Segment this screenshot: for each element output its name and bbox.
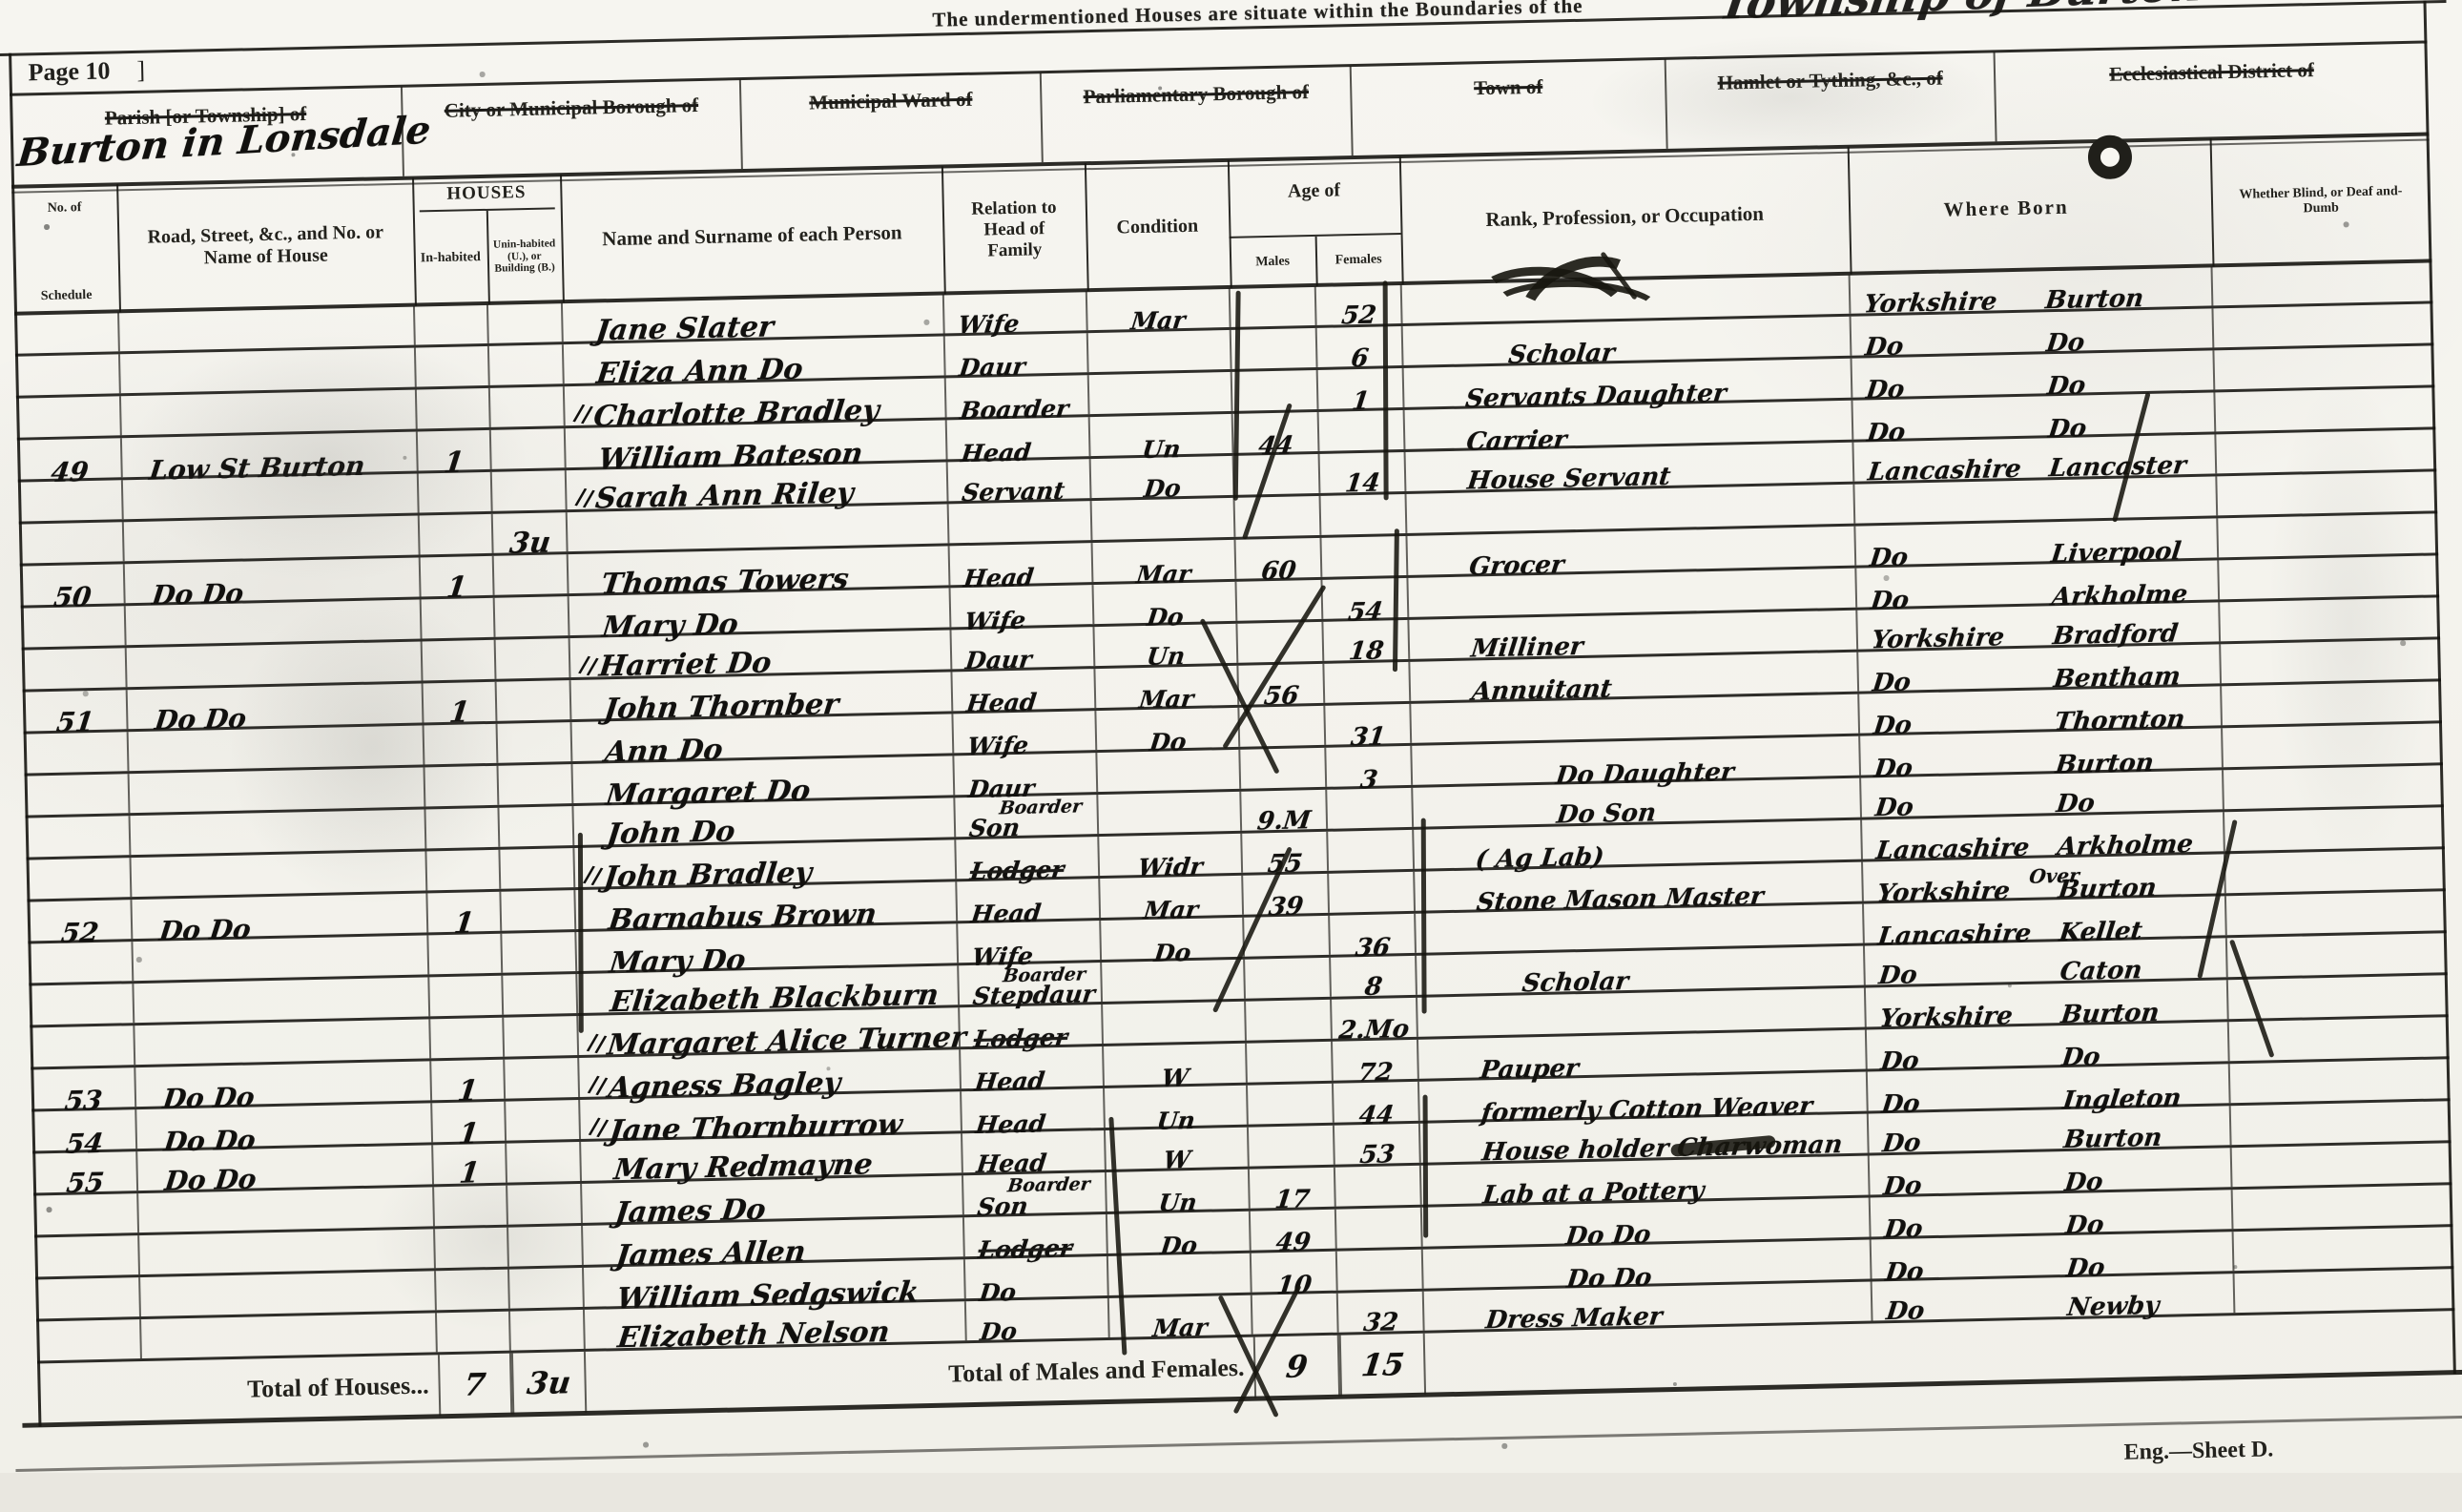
cell-rel: Wife bbox=[944, 291, 1088, 333]
cell-blind bbox=[2227, 933, 2448, 977]
cell-am bbox=[1231, 328, 1318, 369]
cell-cond bbox=[1088, 330, 1232, 372]
cell-rel: BoarderLodger bbox=[956, 837, 1100, 879]
hw-cond: W bbox=[1162, 1150, 1191, 1171]
hw-af: 53 bbox=[1358, 1144, 1396, 1167]
cell-road: Do Do bbox=[125, 557, 422, 603]
cell-af bbox=[1329, 872, 1416, 913]
hw-inh: 1 bbox=[456, 1078, 479, 1105]
cell-inh: 1 bbox=[431, 1060, 506, 1101]
hw-rel: Son bbox=[968, 817, 1022, 839]
cell-name: Jane Slater bbox=[563, 294, 945, 342]
cell-s bbox=[29, 984, 134, 1025]
hw-cond: Mar bbox=[1130, 309, 1188, 332]
cell-inh bbox=[422, 598, 496, 639]
cell-af: 1 bbox=[1318, 368, 1405, 409]
cell-am bbox=[1232, 370, 1319, 411]
hw-born-place: Caton bbox=[2059, 960, 2143, 984]
ink-stroke bbox=[1383, 280, 1389, 500]
cell-s bbox=[21, 606, 127, 647]
cell-born: DoIngleton bbox=[1868, 1064, 2231, 1110]
hw-inh: 1 bbox=[458, 1160, 481, 1187]
location-field-7: Ecclesiastical District of bbox=[1994, 42, 2430, 141]
hw-born: Yorkshire bbox=[1871, 627, 2006, 652]
hw-af: 32 bbox=[1362, 1312, 1399, 1335]
cell-uninh bbox=[489, 344, 565, 385]
cell-rel bbox=[949, 501, 1093, 543]
hw-af: 14 bbox=[1344, 472, 1381, 495]
hw-af: 18 bbox=[1348, 640, 1385, 663]
header-males: Males bbox=[1230, 238, 1316, 286]
hw-inh: 1 bbox=[453, 910, 476, 937]
cell-am bbox=[1248, 1084, 1334, 1125]
cell-blind bbox=[2219, 555, 2439, 599]
cell-inh: 1 bbox=[418, 430, 492, 471]
hw-road: Do Do bbox=[163, 1167, 258, 1192]
hw-rel: Stepdaur bbox=[972, 984, 1097, 1007]
cell-cond: W bbox=[1106, 1128, 1250, 1170]
total-houses-inhabited-cell: 7 bbox=[438, 1354, 512, 1417]
cell-name: James Allen bbox=[583, 1217, 965, 1265]
cell-s bbox=[34, 1235, 140, 1276]
cell-blind bbox=[2225, 849, 2446, 893]
cell-s bbox=[36, 1319, 142, 1360]
cell-road bbox=[121, 390, 418, 436]
hw-relation-corrected: Boarder bbox=[1002, 966, 1086, 984]
cell-s bbox=[18, 480, 124, 521]
cell-road bbox=[127, 641, 424, 687]
cell-cond bbox=[1103, 1002, 1247, 1044]
cell-am bbox=[1231, 286, 1317, 327]
cell-road bbox=[140, 1271, 437, 1316]
hw-born-place: Bradford bbox=[2052, 623, 2180, 648]
header-schedule-line1: No. of bbox=[48, 200, 82, 217]
cell-af: 72 bbox=[1333, 1040, 1419, 1081]
hw-uninh: 3u bbox=[507, 529, 551, 556]
hw-born: Do bbox=[1873, 797, 1914, 819]
header-uninhabited: Unin-habited (U.), or Building (B.) bbox=[486, 211, 563, 302]
cell-s: 54 bbox=[31, 1109, 137, 1150]
cell-born: DoDo bbox=[1872, 1232, 2235, 1278]
cell-name: Margaret Do bbox=[572, 756, 955, 803]
cell-born bbox=[1854, 476, 2218, 523]
cell-am: 49 bbox=[1251, 1210, 1337, 1251]
cell-inh bbox=[435, 1228, 509, 1269]
cell-name: ∕∕Charlotte Bradley bbox=[565, 378, 947, 425]
hw-born-place: Do bbox=[2055, 793, 2096, 816]
cell-blind bbox=[2212, 261, 2432, 305]
hw-occ: Scholar bbox=[1521, 971, 1629, 996]
cell-uninh bbox=[504, 1016, 579, 1057]
cell-road: Do Do bbox=[136, 1103, 433, 1149]
total-males: 9 bbox=[1285, 1353, 1310, 1380]
cell-inh bbox=[425, 766, 500, 807]
cell-am bbox=[1249, 1126, 1335, 1167]
cell-inh bbox=[428, 934, 503, 975]
cell-s bbox=[35, 1277, 141, 1318]
total-females: 15 bbox=[1359, 1351, 1405, 1379]
total-houses-uninhabited-cell: 3u bbox=[511, 1352, 587, 1415]
cell-name: James Do bbox=[582, 1175, 964, 1223]
cell-road bbox=[134, 977, 430, 1023]
cell-name: John Do bbox=[573, 797, 956, 845]
location-field-label: Hamlet or Tything, &c., of bbox=[1666, 65, 1994, 95]
cell-blind bbox=[2213, 303, 2433, 347]
cell-name: ∕∕Agness Bagley bbox=[579, 1049, 962, 1097]
cell-road bbox=[134, 1019, 431, 1065]
cell-born: YorkshireBurton bbox=[1866, 980, 2229, 1026]
cell-s: 53 bbox=[31, 1067, 136, 1108]
cell-uninh bbox=[498, 764, 573, 805]
cell-rel: Head bbox=[962, 1088, 1106, 1130]
cell-name bbox=[568, 504, 950, 551]
cell-road: Do Do bbox=[132, 893, 428, 939]
cell-born: DoBentham bbox=[1858, 644, 2222, 691]
cell-cond: Un bbox=[1105, 1086, 1249, 1128]
header-schedule-line2: Schedule bbox=[41, 288, 93, 304]
cell-s bbox=[28, 942, 134, 983]
cell-blind bbox=[2220, 597, 2440, 641]
cell-rel: Daur bbox=[951, 627, 1095, 669]
cell-road: Do Do bbox=[137, 1145, 434, 1191]
cell-af: 44 bbox=[1334, 1082, 1420, 1123]
cell-road bbox=[131, 809, 427, 855]
cell-uninh bbox=[503, 974, 578, 1015]
cell-cond bbox=[1089, 372, 1233, 414]
cell-af: 52 bbox=[1316, 284, 1403, 325]
cell-uninh bbox=[491, 428, 567, 469]
cell-uninh bbox=[510, 1310, 586, 1351]
rule-line bbox=[15, 1416, 2462, 1472]
cell-uninh bbox=[499, 806, 574, 847]
location-field-label: Ecclesiastical District of bbox=[1996, 55, 2428, 89]
cell-cond bbox=[1108, 1253, 1252, 1295]
cell-am bbox=[1252, 1294, 1339, 1335]
cell-name: William Sedgswick bbox=[584, 1259, 966, 1307]
cell-af bbox=[1327, 788, 1414, 829]
cell-inh bbox=[420, 514, 494, 555]
cell-blind bbox=[2231, 1101, 2452, 1145]
cell-af: 14 bbox=[1320, 452, 1407, 493]
cell-af: 3 bbox=[1326, 746, 1413, 787]
cell-rel: Head bbox=[950, 543, 1094, 585]
cell-uninh bbox=[507, 1184, 583, 1225]
bracket-mark: ] bbox=[136, 56, 145, 84]
cell-s bbox=[25, 774, 131, 815]
enumerator-tick: ∕∕ bbox=[582, 860, 604, 890]
cell-rel: BoarderLodger bbox=[960, 1005, 1104, 1046]
cell-uninh bbox=[509, 1268, 585, 1309]
hw-rel: Head bbox=[965, 692, 1038, 715]
cell-name: Barnabus Brown bbox=[575, 881, 958, 929]
cell-s bbox=[26, 816, 132, 857]
cell-s bbox=[33, 1193, 139, 1234]
hw-af: 8 bbox=[1363, 976, 1383, 999]
header-age-group: Age of bbox=[1228, 160, 1400, 221]
cell-name: Thomas Towers bbox=[569, 546, 951, 593]
hw-born: Do bbox=[1882, 1175, 1923, 1198]
cell-inh bbox=[423, 640, 497, 681]
cell-uninh bbox=[508, 1226, 584, 1267]
location-field-label: Town of bbox=[1352, 72, 1665, 103]
cell-rel: Wife bbox=[953, 711, 1097, 753]
hw-born-place: Lancaster bbox=[2048, 455, 2187, 481]
hw-occ: Do Son bbox=[1556, 802, 1658, 827]
cell-born: DoNewby bbox=[1872, 1274, 2236, 1320]
hw-rel: Son bbox=[976, 1195, 1029, 1218]
cell-blind bbox=[2232, 1143, 2452, 1187]
hw-born-place: Do bbox=[2063, 1171, 2104, 1194]
cell-name: ∕∕Sarah Ann Riley bbox=[567, 462, 949, 509]
hw-name: Harriet Do bbox=[597, 650, 772, 679]
cell-inh bbox=[426, 850, 501, 891]
cell-s: 50 bbox=[20, 564, 126, 605]
cell-road: Low St Burton bbox=[122, 432, 419, 478]
cell-uninh bbox=[494, 554, 569, 595]
hw-born: Do bbox=[1864, 336, 1905, 359]
cell-born: DoDo bbox=[1867, 1022, 2230, 1068]
hw-relation-corrected: Boarder bbox=[1006, 1176, 1090, 1194]
cell-rel: Do bbox=[966, 1298, 1110, 1340]
cell-s bbox=[19, 522, 125, 563]
cell-born: DoBurton bbox=[1860, 728, 2224, 775]
cell-s bbox=[27, 858, 133, 899]
header-name: Name and Surname of each Person bbox=[560, 170, 944, 300]
hw-s: 50 bbox=[52, 585, 93, 610]
cell-inh bbox=[417, 388, 491, 429]
cell-af: 31 bbox=[1325, 704, 1412, 745]
cell-cond: Mar bbox=[1093, 540, 1237, 582]
header-schedule: No. of Schedule bbox=[11, 188, 119, 312]
cell-inh bbox=[424, 724, 499, 765]
cell-af: 2.Mo bbox=[1332, 998, 1418, 1039]
cell-cond: W bbox=[1104, 1044, 1248, 1086]
cell-road: Do Do bbox=[135, 1061, 432, 1107]
header-houses-group: HOUSES bbox=[412, 178, 561, 208]
cell-af: 53 bbox=[1334, 1124, 1421, 1165]
header-inhabited: In-habited bbox=[413, 213, 488, 304]
cell-inh: 1 bbox=[424, 682, 498, 723]
census-sheet: The undermentioned Houses are situate wi… bbox=[0, 0, 2462, 1473]
cell-born: DoDo bbox=[1861, 770, 2224, 817]
cell-inh bbox=[429, 976, 504, 1017]
hw-inh: 1 bbox=[445, 574, 468, 601]
cell-cond: Do bbox=[1096, 708, 1240, 750]
cell-rel: Do bbox=[965, 1256, 1109, 1298]
hw-cond: Un bbox=[1146, 646, 1187, 668]
hw-am: 9.M bbox=[1256, 810, 1313, 834]
cell-s: 52 bbox=[27, 900, 133, 941]
cell-road bbox=[129, 725, 425, 771]
hw-rel: Daur bbox=[964, 649, 1033, 672]
location-field-1: Parish [or Township] ofBurton in Lonsdal… bbox=[10, 87, 403, 185]
header-relation: Relation to Head of Family bbox=[941, 167, 1087, 292]
cell-cond: Do bbox=[1107, 1212, 1252, 1253]
cell-s bbox=[30, 1025, 135, 1067]
cell-blind bbox=[2223, 723, 2443, 767]
cell-name: Elizabeth Blackburn bbox=[577, 965, 960, 1013]
hw-s: 51 bbox=[54, 710, 94, 735]
cell-road bbox=[123, 474, 420, 520]
cell-cond: Un bbox=[1107, 1170, 1251, 1212]
cell-s: 49 bbox=[17, 438, 123, 479]
cell-am bbox=[1245, 958, 1332, 999]
total-of-houses-label: Total of Houses... bbox=[37, 1355, 439, 1424]
cell-born: DoDo bbox=[1871, 1190, 2234, 1236]
cell-born: DoDo bbox=[1852, 350, 2216, 397]
cell-born: DoDo bbox=[1852, 392, 2216, 439]
cell-blind bbox=[2221, 639, 2441, 683]
cell-inh bbox=[436, 1270, 510, 1311]
ink-stroke bbox=[1423, 1095, 1429, 1238]
cell-am: 10 bbox=[1252, 1252, 1338, 1293]
cell-cond bbox=[1092, 498, 1236, 540]
cell-name: ∕∕Jane Thornburrow bbox=[580, 1091, 962, 1139]
cell-blind bbox=[2215, 387, 2435, 431]
cell-blind bbox=[2226, 891, 2447, 935]
hw-rel: Do bbox=[979, 1321, 1018, 1343]
hw-relation-corrected: Boarder bbox=[999, 798, 1083, 817]
cell-road bbox=[126, 599, 423, 645]
cell-am bbox=[1240, 748, 1327, 789]
cell-inh: 1 bbox=[421, 556, 495, 597]
cell-born: LancashireArkholme bbox=[1862, 812, 2225, 859]
cell-name: ∕∕John Bradley bbox=[574, 839, 957, 887]
cell-uninh bbox=[506, 1100, 581, 1141]
cell-born: LancashireLancaster bbox=[1853, 434, 2217, 481]
location-field-5: Town of bbox=[1350, 59, 1666, 155]
cell-road: Do Do bbox=[128, 683, 424, 729]
cell-blind bbox=[2233, 1185, 2453, 1229]
cell-born: DoLiverpool bbox=[1855, 518, 2219, 565]
hw-cond: Widr bbox=[1137, 856, 1204, 879]
cell-af bbox=[1336, 1208, 1423, 1249]
hw-born-place: Do bbox=[2045, 332, 2086, 355]
cell-s bbox=[14, 312, 120, 353]
hw-af: 1 bbox=[1351, 390, 1371, 413]
total-houses-uninhabited: 3u bbox=[526, 1369, 572, 1398]
cell-blind bbox=[2234, 1227, 2454, 1271]
cell-uninh bbox=[498, 722, 573, 763]
header-condition: Condition bbox=[1085, 164, 1231, 289]
cell-inh: 1 bbox=[432, 1102, 507, 1143]
cell-born: DoDo bbox=[1852, 308, 2215, 355]
cell-road bbox=[139, 1229, 436, 1274]
hw-occ: Milliner bbox=[1470, 636, 1584, 661]
cell-blind bbox=[2217, 471, 2437, 515]
hw-af: 2.Mo bbox=[1338, 1019, 1411, 1043]
cell-rel: Head bbox=[947, 417, 1091, 459]
hw-rel: Servant bbox=[961, 480, 1065, 504]
cell-am: 39 bbox=[1243, 874, 1330, 915]
cell-uninh bbox=[500, 848, 575, 889]
enumerator-tick: ∕∕ bbox=[577, 651, 599, 680]
total-females-cell: 15 bbox=[1339, 1334, 1426, 1397]
cell-am bbox=[1247, 1042, 1334, 1083]
cell-inh bbox=[415, 304, 489, 345]
cell-cond: Mar bbox=[1087, 288, 1231, 330]
cell-af bbox=[1324, 662, 1411, 703]
cell-af bbox=[1335, 1166, 1422, 1207]
cell-born: DoBurton bbox=[1869, 1106, 2232, 1152]
cell-s bbox=[15, 354, 121, 395]
hw-born-place: Burton bbox=[2044, 288, 2145, 313]
cell-inh bbox=[434, 1186, 508, 1227]
cell-name: Ann Do bbox=[572, 714, 955, 761]
hw-cond: Mar bbox=[1152, 1316, 1210, 1339]
cell-cond: Widr bbox=[1099, 834, 1243, 876]
cell-road bbox=[130, 767, 426, 813]
cell-cond: Mar bbox=[1095, 666, 1239, 708]
cell-cond: Do bbox=[1101, 918, 1245, 960]
cell-born: DoCaton bbox=[1865, 938, 2228, 984]
cell-rel: Servant bbox=[948, 459, 1092, 501]
cell-rel: Head bbox=[962, 1130, 1107, 1172]
cell-s bbox=[22, 648, 128, 689]
cell-rel: Wife bbox=[951, 585, 1095, 627]
cell-inh bbox=[437, 1312, 511, 1353]
ink-stroke bbox=[1421, 818, 1427, 1014]
ink-stroke bbox=[578, 833, 584, 1033]
cell-uninh bbox=[488, 302, 564, 343]
page-label: Page 10] bbox=[28, 56, 145, 88]
total-houses-inhabited: 7 bbox=[463, 1371, 487, 1398]
cell-name: William Bateson bbox=[566, 420, 948, 467]
cell-am: 60 bbox=[1236, 538, 1323, 579]
cell-inh bbox=[419, 472, 493, 513]
hw-cond: Do bbox=[1143, 478, 1182, 500]
hw-born-place: Burton bbox=[2062, 1127, 2163, 1151]
cell-cond bbox=[1098, 792, 1242, 834]
enumerator-tick: ∕∕ bbox=[587, 1070, 609, 1100]
cell-cond: Mar bbox=[1100, 876, 1244, 918]
cell-s: 55 bbox=[32, 1151, 138, 1192]
cell-name: Elizabeth Nelson bbox=[585, 1301, 967, 1349]
cell-blind bbox=[2222, 681, 2442, 725]
cell-uninh bbox=[502, 932, 577, 973]
cell-blind bbox=[2224, 765, 2444, 809]
location-field-3: Municipal Ward of bbox=[739, 72, 1042, 169]
location-field-label: Municipal Ward of bbox=[741, 86, 1040, 116]
hw-cond: Mar bbox=[1138, 688, 1195, 711]
enumerator-tick: ∕∕ bbox=[586, 1028, 608, 1058]
hw-s: 53 bbox=[63, 1088, 103, 1113]
hw-born: Do bbox=[1881, 1132, 1922, 1155]
cell-born: DoThornton bbox=[1859, 686, 2223, 733]
location-field-2: City or Municipal Borough of bbox=[401, 79, 741, 176]
cell-rel: Wife bbox=[958, 921, 1102, 963]
cell-cond: Do bbox=[1091, 456, 1235, 498]
location-field-6: Hamlet or Tything, &c., of bbox=[1665, 52, 1996, 149]
cell-uninh bbox=[497, 680, 572, 721]
cell-af: 8 bbox=[1331, 956, 1417, 997]
cell-name: Mary Do bbox=[576, 923, 959, 971]
cell-road bbox=[124, 516, 421, 562]
cell-af: 6 bbox=[1317, 326, 1404, 367]
hw-born: Yorkshire bbox=[1863, 291, 1998, 316]
scanned-census-page: The undermentioned Houses are situate wi… bbox=[0, 0, 2462, 1473]
hw-road: Do Do bbox=[154, 706, 248, 732]
cell-name: Mary Redmayne bbox=[581, 1133, 963, 1181]
location-field-label: City or Municipal Borough of bbox=[403, 93, 739, 124]
cell-am bbox=[1246, 1000, 1333, 1041]
cell-cond: Do bbox=[1093, 582, 1237, 624]
cell-name: Eliza Ann Do bbox=[564, 336, 946, 383]
hw-born-above: Over bbox=[2028, 867, 2079, 885]
hw-born-place: Newby bbox=[2066, 1295, 2161, 1319]
hw-born: Do bbox=[1872, 672, 1913, 694]
cell-name: John Thornber bbox=[571, 672, 954, 719]
